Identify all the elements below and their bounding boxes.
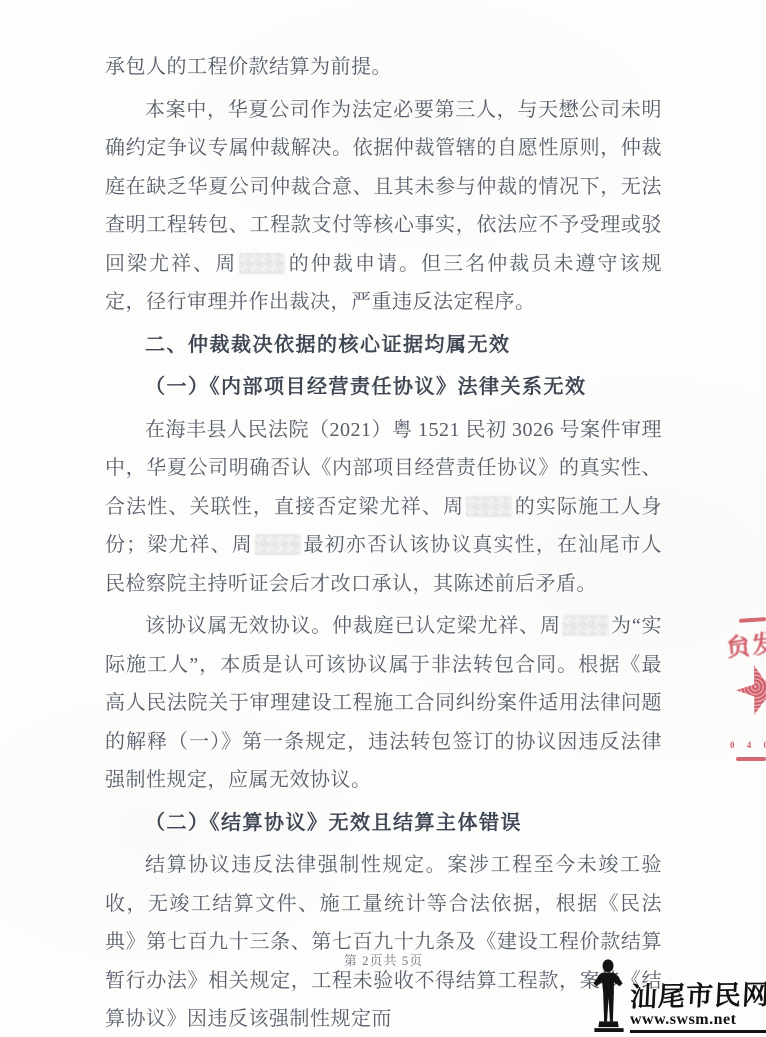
stamp-digits: 0 4 0: [730, 740, 766, 750]
body-paragraph: 本案中，华夏公司作为法定必要第三人，与天懋公司未明确约定争议专属仲裁解决。依据仲…: [105, 91, 662, 322]
watermark-site-name: 汕尾市民网: [629, 979, 766, 1011]
stamp-top-line: [739, 617, 766, 623]
watermark-text-block: 汕尾市民网 www.swsm.net: [630, 981, 766, 1034]
page-number: 第 2页共 5页: [105, 950, 662, 969]
document-body: 承包人的工程价款结算为前提。本案中，华夏公司作为法定必要第三人，与天懋公司未明确…: [105, 48, 662, 1037]
person-silhouette-icon: [590, 959, 628, 1033]
star-icon: [729, 657, 766, 723]
site-watermark: 汕尾市民网 www.swsm.net: [590, 959, 762, 1033]
watermark-underline: [630, 1030, 766, 1034]
scanned-legal-document-page: 承包人的工程价款结算为前提。本案中，华夏公司作为法定必要第三人，与天懋公司未明确…: [0, 0, 766, 1037]
watermark-url: www.swsm.net: [630, 1011, 736, 1028]
section-heading: （一）《内部项目经营责任协议》法律关系无效: [105, 368, 662, 407]
body-paragraph: 结算协议违反法律强制性规定。案涉工程至今未竣工验收，无竣工结算文件、施工量统计等…: [105, 846, 662, 1037]
stamp-bottom-line: [736, 757, 766, 761]
body-paragraph: 该协议属无效协议。仲裁庭已认定梁尤祥、周为“实际施工人”，本质是认可该协议属于非…: [105, 607, 662, 800]
section-heading: （二）《结算协议》无效且结算主体错误: [105, 804, 662, 843]
section-heading: 二、仲裁裁决依据的核心证据均属无效: [105, 326, 662, 365]
official-seal-stamp: 贠发 0 4 0: [730, 612, 766, 764]
redacted-name: [563, 615, 609, 636]
body-paragraph: 承包人的工程价款结算为前提。: [105, 48, 662, 87]
body-paragraph: 在海丰县人民法院（2021）粤 1521 民初 3026 号案件审理中，华夏公司…: [105, 411, 662, 604]
redacted-name: [239, 253, 285, 274]
stamp-characters: 贠发: [724, 624, 766, 663]
redacted-name: [466, 496, 512, 517]
redacted-name: [255, 534, 301, 555]
